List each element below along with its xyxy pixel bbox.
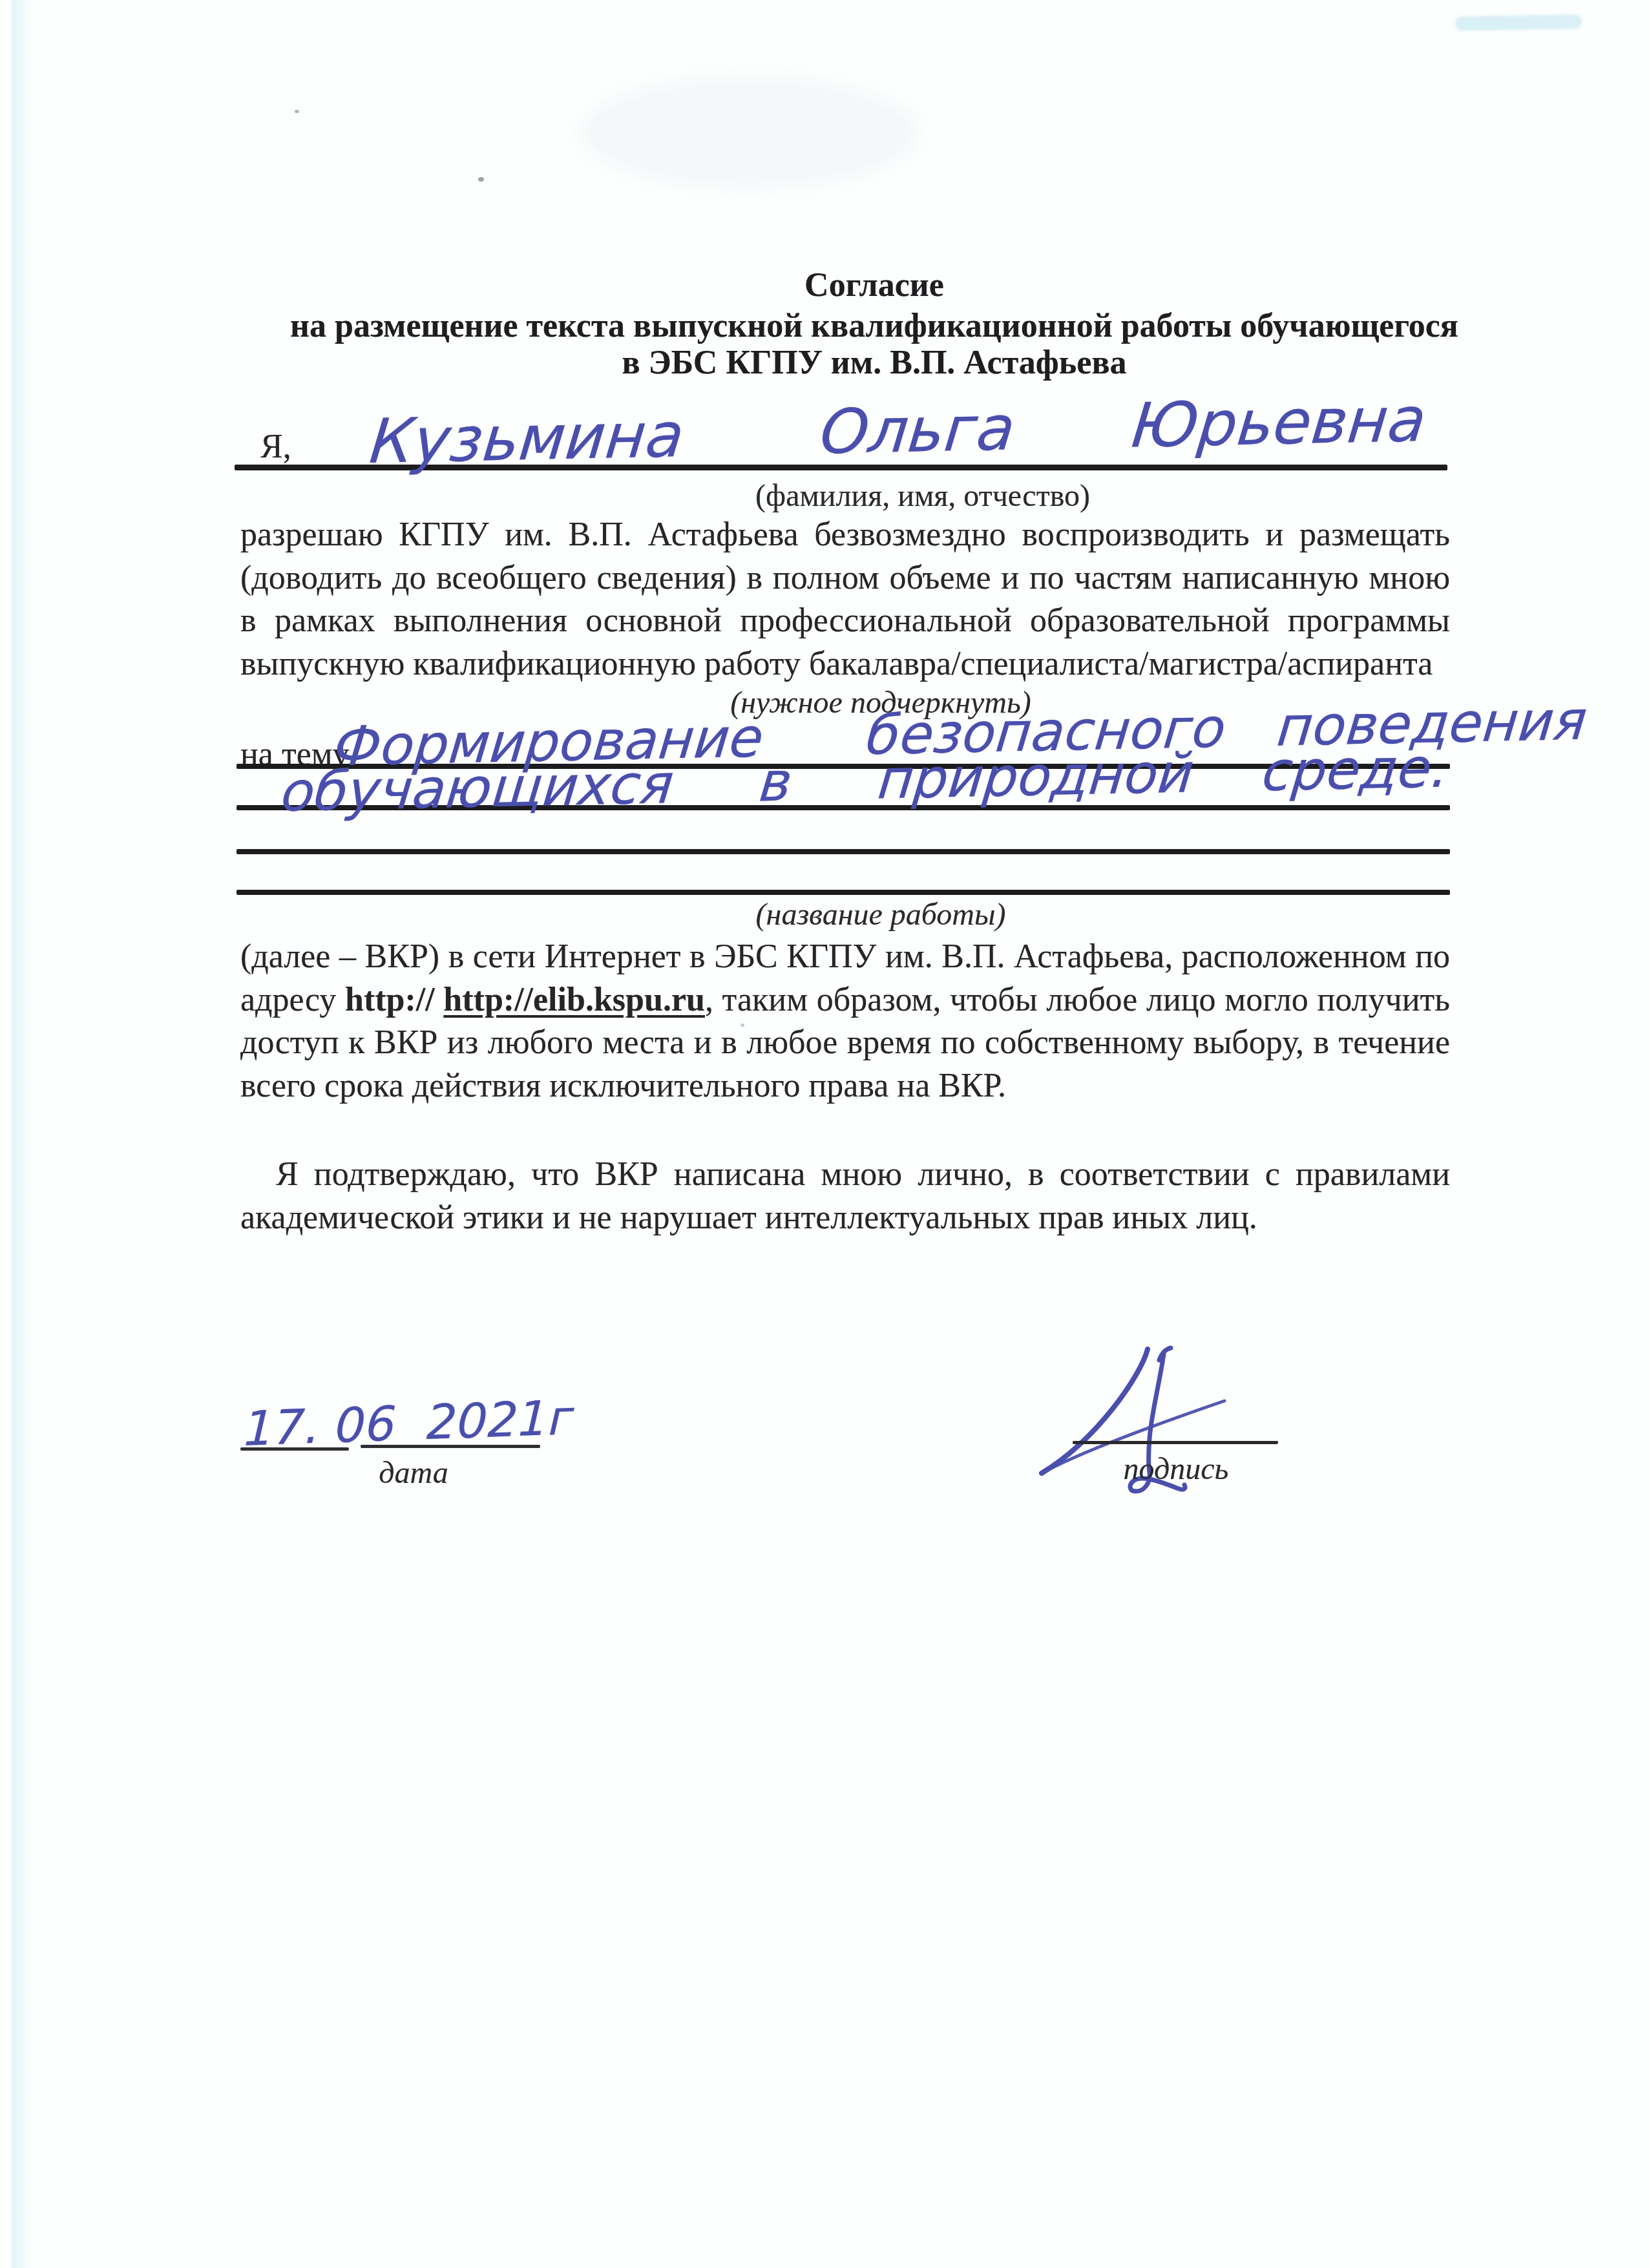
- scan-edge-artifact: [12, 0, 34, 2268]
- scan-smudge-artifact: [582, 78, 918, 187]
- scan-streak-artifact: [1455, 14, 1582, 30]
- fio-caption: (фамилия, имя, отчество): [318, 478, 1528, 514]
- date-line-segment-1: [240, 1447, 349, 1451]
- paragraph-confirmation: Я подтверждаю, что ВКР написана мною лич…: [240, 1153, 1450, 1239]
- work-title-caption: (название работы): [276, 897, 1486, 932]
- scanned-consent-form: Согласие на размещение текста выпускной …: [0, 0, 1649, 2268]
- document-subtitle-line2: в ЭБС КГПУ им. В.П. Астафьева: [269, 344, 1479, 383]
- date-line-segment-2: [361, 1445, 540, 1448]
- handwritten-full-name: Кузьмина Ольга Юрьевна: [366, 384, 1429, 478]
- paragraph-permission: разрешаю КГПУ им. В.П. Астафьева безвозм…: [240, 514, 1450, 686]
- scan-speck: [295, 110, 299, 113]
- scan-speck: [478, 177, 484, 182]
- signature-line: [1073, 1441, 1278, 1444]
- paragraph-internet: (далее – ВКР) в сети Интернет в ЭБС КГПУ…: [240, 936, 1450, 1108]
- document-subtitle-line1: на размещение текста выпускной квалифика…: [269, 307, 1479, 346]
- http-prefix: http://: [345, 982, 443, 1018]
- signature-caption: подпись: [1098, 1451, 1254, 1487]
- elib-url: http://elib.kspu.ru: [443, 982, 705, 1018]
- i-label: Я,: [260, 428, 291, 466]
- topic-line-3: [236, 849, 1450, 854]
- date-caption: дата: [349, 1455, 478, 1491]
- document-title: Согласие: [269, 266, 1479, 305]
- topic-line-4: [236, 890, 1450, 895]
